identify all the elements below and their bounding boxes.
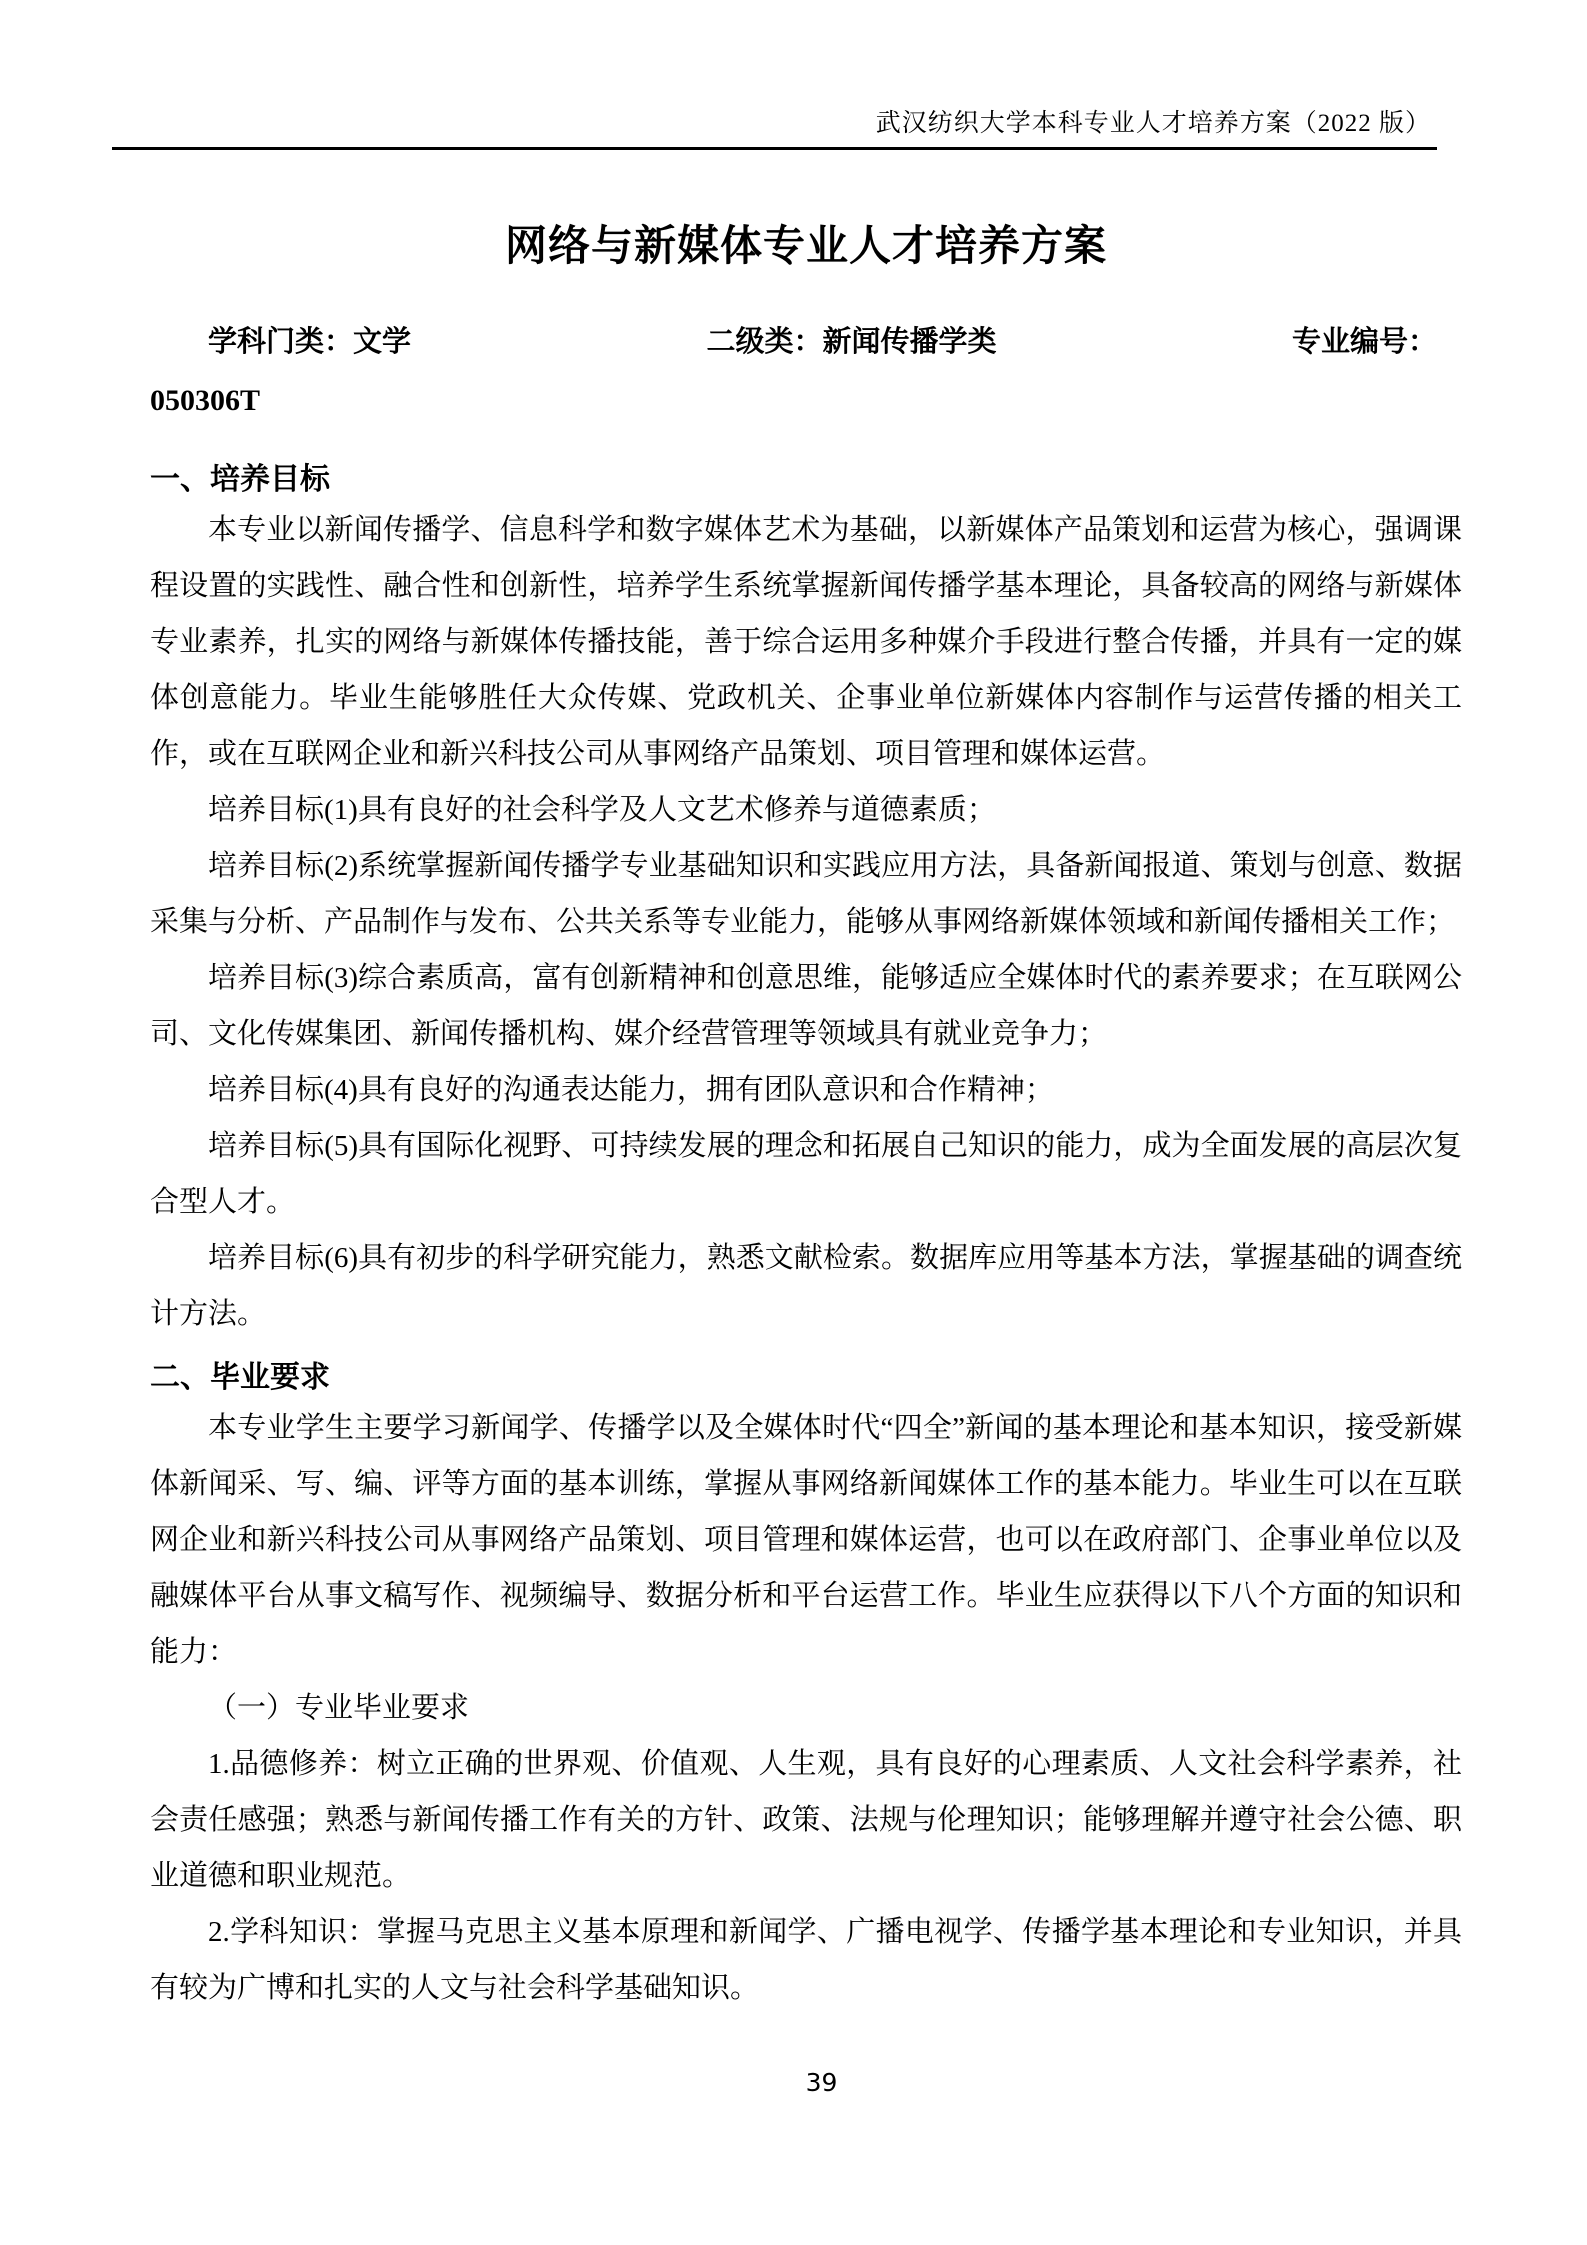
- section-heading-graduation-requirements: 二、毕业要求: [150, 1356, 1462, 1400]
- page-header: 武汉纺织大学本科专业人才培养方案（2022 版）: [112, 0, 1437, 150]
- meta-category: 二级类：新闻传播学类: [706, 326, 996, 358]
- document-content: 网络与新媒体专业人才培养方案 学科门类：文学 二级类：新闻传播学类 专业编号： …: [150, 150, 1462, 2016]
- paragraph: 培养目标(4)具有良好的沟通表达能力，拥有团队意识和合作精神；: [150, 1062, 1462, 1118]
- doc-title: 网络与新媒体专业人才培养方案: [150, 220, 1462, 272]
- paragraph: 培养目标(6)具有初步的科学研究能力，熟悉文献检索。数据库应用等基本方法，掌握基…: [150, 1230, 1462, 1342]
- paragraph: 培养目标(3)综合素质高，富有创新精神和创意思维，能够适应全媒体时代的素养要求；…: [150, 950, 1462, 1062]
- paragraph: 1.品德修养：树立正确的世界观、价值观、人生观，具有良好的心理素质、人文社会科学…: [150, 1736, 1462, 1904]
- paragraph: 培养目标(1)具有良好的社会科学及人文艺术修养与道德素质；: [150, 782, 1462, 838]
- section-heading-training-objectives: 一、培养目标: [150, 458, 1462, 502]
- paragraph: （一）专业毕业要求: [150, 1680, 1462, 1736]
- page-header-text: 武汉纺织大学本科专业人才培养方案（2022 版）: [876, 109, 1437, 147]
- paragraph: 2.学科知识：掌握马克思主义基本原理和新闻学、广播电视学、传播学基本理论和专业知…: [150, 1904, 1462, 2016]
- page-number: 39: [28, 2068, 1587, 2098]
- major-code-value: 050306T: [150, 384, 1462, 418]
- paragraph: 培养目标(5)具有国际化视野、可持续发展的理念和拓展自己知识的能力，成为全面发展…: [150, 1118, 1462, 1230]
- meta-discipline: 学科门类：文学: [208, 326, 411, 358]
- document-page: 武汉纺织大学本科专业人才培养方案（2022 版） 网络与新媒体专业人才培养方案 …: [0, 0, 1587, 2245]
- paragraph: 培养目标(2)系统掌握新闻传播学专业基础知识和实践应用方法，具备新闻报道、策划与…: [150, 838, 1462, 950]
- meta-row: 学科门类：文学 二级类：新闻传播学类 专业编号：: [150, 326, 1462, 358]
- meta-code-label: 专业编号：: [1292, 326, 1437, 358]
- paragraph: 本专业学生主要学习新闻学、传播学以及全媒体时代“四全”新闻的基本理论和基本知识，…: [150, 1400, 1462, 1680]
- paragraph: 本专业以新闻传播学、信息科学和数字媒体艺术为基础，以新媒体产品策划和运营为核心，…: [150, 502, 1462, 782]
